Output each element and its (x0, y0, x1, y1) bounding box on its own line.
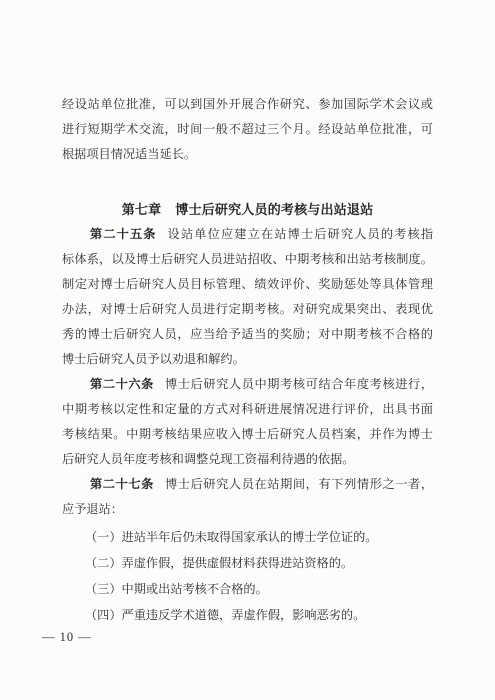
text-line: 考核结果。中期考核结果应收入博士后研究人员档案，并作为博士 (62, 422, 433, 447)
text-line: 中期考核以定性和定量的方式对科研进展情况进行评价，出具书面 (62, 397, 433, 422)
document-page: 经设站单位批准，可以到国外开展合作研究、参加国际学术会议或 进行短期学术交流，时… (0, 0, 495, 700)
chapter-number: 第七章 (122, 202, 162, 217)
article-27-lead: 博士后研究人员在站期间，有下列情形之一者， (165, 477, 433, 491)
article-25-lead: 设站单位应建立在站博士后研究人员的考核指 (168, 227, 433, 241)
text-line: 秀的博士后研究人员，应当给予适当的奖励；对中期考核不合格的 (62, 322, 433, 347)
list-item: （四）严重违反学术道德，弄虚作假，影响恶劣的。 (62, 603, 433, 629)
text-line: 办法，对博士后研究人员进行定期考核。对研究成果突出、表现优 (62, 297, 433, 322)
article-26-term: 第二十六条 (90, 377, 154, 391)
article-25-term: 第二十五条 (90, 227, 157, 241)
text-line: 进行短期学术交流，时间一般不超过三个月。经设站单位批准，可 (62, 117, 433, 142)
list-item: （一）进站半年后仍未取得国家承认的博士学位证的。 (62, 525, 433, 551)
article-27-item-list: （一）进站半年后仍未取得国家承认的博士学位证的。 （二）弄虚作假，提供虚假材料获… (62, 525, 433, 629)
page-number: — 10 — (42, 630, 92, 645)
list-item: （三）中期或出站考核不合格的。 (62, 577, 433, 603)
chapter-title: 博士后研究人员的考核与出站退站 (175, 202, 373, 217)
text-line: 博士后研究人员予以劝退和解约。 (62, 347, 433, 372)
chapter-heading: 第七章博士后研究人员的考核与出站退站 (62, 197, 433, 222)
text-line: 后研究人员年度考核和调整兑现工资福利待遇的依据。 (62, 447, 433, 472)
text-line: 应予退站： (62, 497, 433, 522)
list-item: （二）弄虚作假，提供虚假材料获得进站资格的。 (62, 551, 433, 577)
text-line: 根据项目情况适当延长。 (62, 142, 433, 167)
document-text-block: 经设站单位批准，可以到国外开展合作研究、参加国际学术会议或 进行短期学术交流，时… (62, 92, 433, 629)
article-26-lead: 博士后研究人员中期考核可结合年度考核进行， (165, 377, 433, 391)
article-25-opening-line: 第二十五条设站单位应建立在站博士后研究人员的考核指 (62, 222, 433, 247)
text-line: 标体系，以及博士后研究人员进站招收、中期考核和出站考核制度。 (62, 247, 433, 272)
article-26-opening-line: 第二十六条博士后研究人员中期考核可结合年度考核进行， (62, 372, 433, 397)
text-line: 经设站单位批准，可以到国外开展合作研究、参加国际学术会议或 (62, 92, 433, 117)
article-27-term: 第二十七条 (90, 477, 154, 491)
article-27-opening-line: 第二十七条博士后研究人员在站期间，有下列情形之一者， (62, 472, 433, 497)
text-line: 制定对博士后研究人员目标管理、绩效评价、奖励惩处等具体管理 (62, 272, 433, 297)
